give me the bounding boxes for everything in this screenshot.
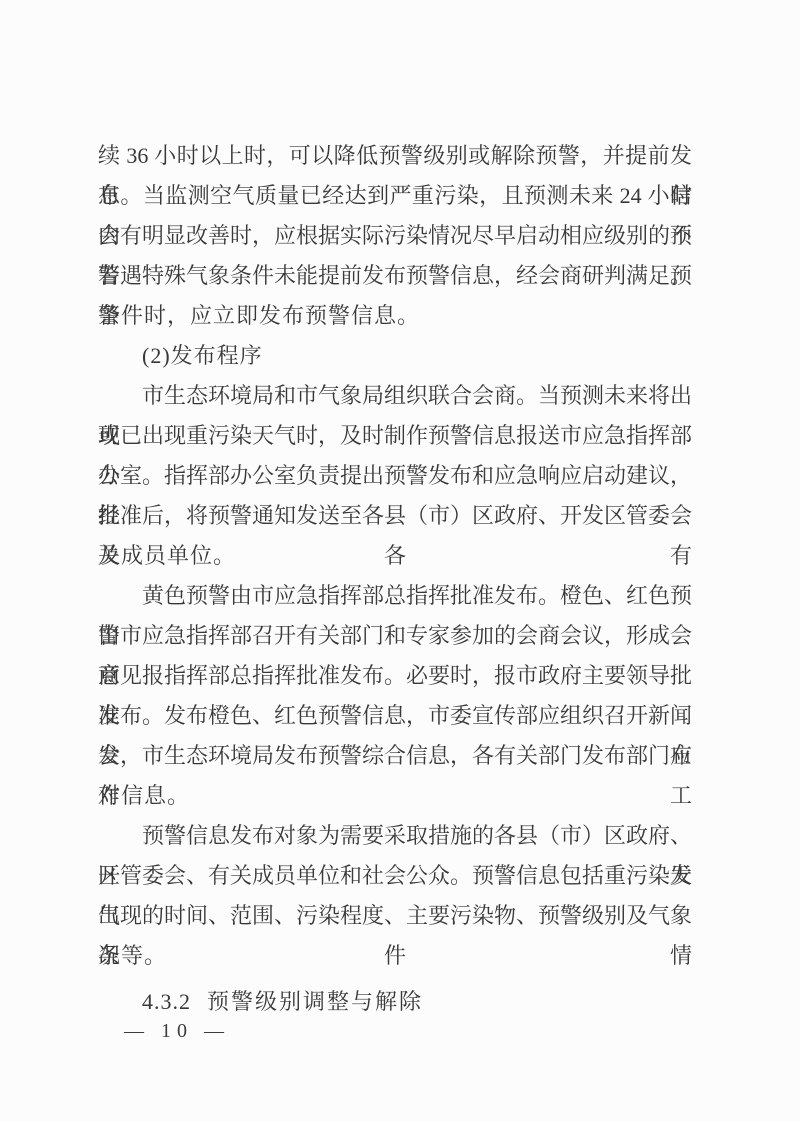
text-line: 续 36 小时以上时，可以降低预警级别或解除预警，并提前发布信 (98, 136, 692, 176)
paragraph: 预警信息发布对象为需要采取措施的各县（市）区政府、开发 区管委会、有关成员单位和… (98, 816, 692, 976)
text-line: 条件时，应立即发布预警信息。 (98, 296, 692, 336)
text-line: 公室。指挥部办公室负责提出预警发布和应急响应启动建议，经 (98, 456, 692, 496)
text-line: 由市应急指挥部召开有关部门和专家参加的会商会议，形成会商 (98, 616, 692, 656)
text-line: 会，市生态环境局发布预警综合信息，各有关部门发布部门应对工 (98, 736, 692, 776)
text-line: 区管委会、有关成员单位和社会公众。预警信息包括重污染天气 (98, 856, 692, 896)
text-line: 息。当监测空气质量已经达到严重污染，且预测未来 24 小时内不 (98, 176, 692, 216)
section-title: 预警级别调整与解除 (207, 989, 423, 1014)
page-number: — 10 — (124, 1019, 230, 1043)
section-number: 4.3.2 (142, 989, 191, 1014)
text-line: 会有明显改善时，应根据实际污染情况尽早启动相应级别的预警。 (98, 216, 692, 256)
text-line: 或已出现重污染天气时，及时制作预警信息报送市应急指挥部办 (98, 416, 692, 456)
paragraph: 市生态环境局和市气象局组织联合会商。当预测未来将出现 或已出现重污染天气时，及时… (98, 376, 692, 576)
subsection-label: (2)发布程序 (98, 336, 692, 376)
document-page: 续 36 小时以上时，可以降低预警级别或解除预警，并提前发布信 息。当监测空气质… (0, 0, 800, 1121)
text-line: 市生态环境局和市气象局组织联合会商。当预测未来将出现 (98, 376, 692, 416)
text-line: 黄色预警由市应急指挥部总指挥批准发布。橙色、红色预警 (98, 576, 692, 616)
body-text: 续 36 小时以上时，可以降低预警级别或解除预警，并提前发布信 息。当监测空气质… (98, 136, 692, 1022)
text-line: 发布。发布橙色、红色预警信息，市委宣传部应组织召开新闻发布 (98, 696, 692, 736)
section-heading: 4.3.2预警级别调整与解除 (98, 982, 692, 1022)
text-line: 出现的时间、范围、污染程度、主要污染物、预警级别及气象条件情 (98, 896, 692, 936)
paragraph: 黄色预警由市应急指挥部总指挥批准发布。橙色、红色预警 由市应急指挥部召开有关部门… (98, 576, 692, 816)
paragraph: 续 36 小时以上时，可以降低预警级别或解除预警，并提前发布信 息。当监测空气质… (98, 136, 692, 336)
text-line: 若遇特殊气象条件未能提前发布预警信息，经会商研判满足预警 (98, 256, 692, 296)
text-line: 预警信息发布对象为需要采取措施的各县（市）区政府、开发 (98, 816, 692, 856)
paragraph: (2)发布程序 (98, 336, 692, 376)
text-line: 意见报指挥部总指挥批准发布。必要时，报市政府主要领导批准 (98, 656, 692, 696)
text-line: 批准后，将预警通知发送至各县（市）区政府、开发区管委会及各有 (98, 496, 692, 536)
